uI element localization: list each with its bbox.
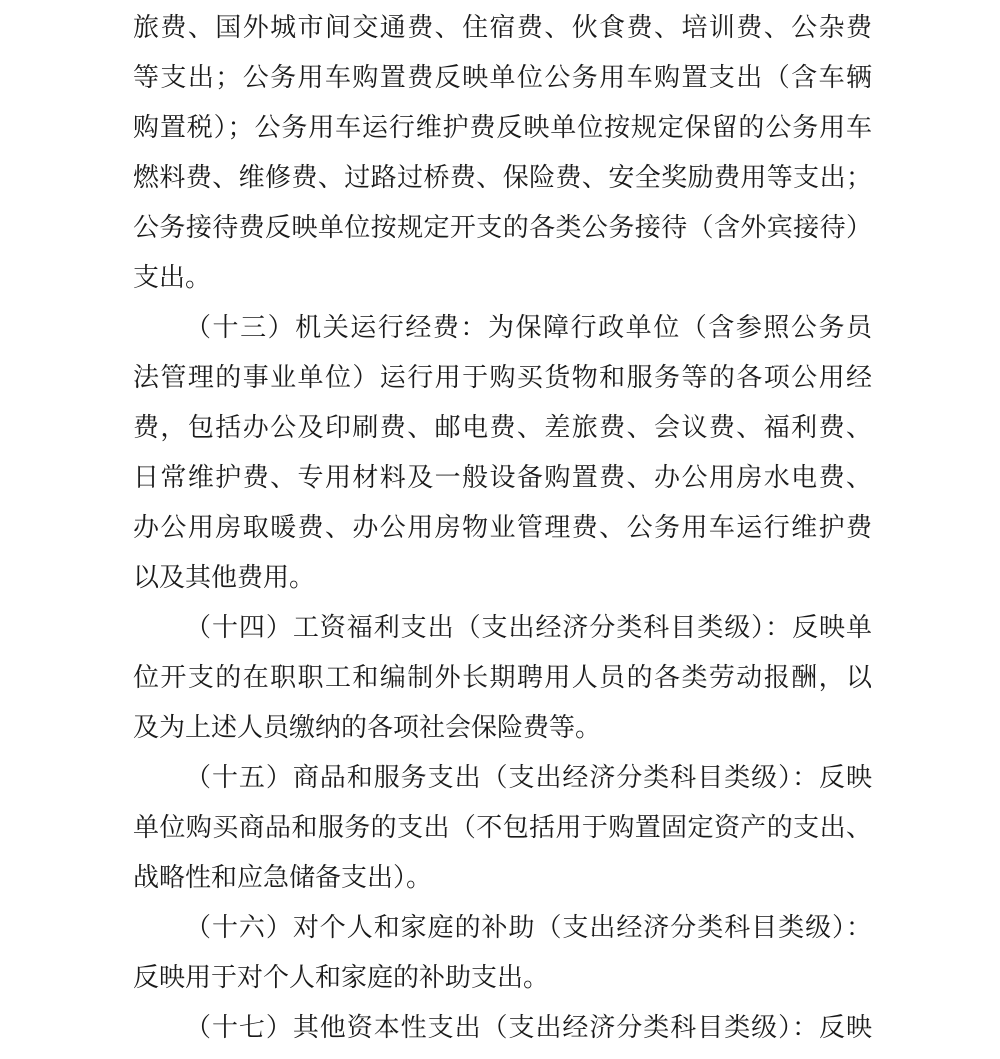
text-line: 公务接待费反映单位按规定开支的各类公务接待（含外宾接待） (133, 203, 872, 253)
text-line: 购置税）；公务用车运行维护费反映单位按规定保留的公务用车 (133, 103, 872, 153)
text-line: 以及其他费用。 (133, 553, 872, 603)
text-line: 反映用于对个人和家庭的补助支出。 (133, 953, 872, 1003)
text-line: 及为上述人员缴纳的各项社会保险费等。 (133, 703, 872, 753)
document-page: 旅费、国外城市间交通费、住宿费、伙食费、培训费、公杂费等支出；公务用车购置费反映… (0, 0, 1000, 1059)
text-line: 旅费、国外城市间交通费、住宿费、伙食费、培训费、公杂费 (133, 3, 872, 53)
text-line: 战略性和应急储备支出）。 (133, 853, 872, 903)
document-body: 旅费、国外城市间交通费、住宿费、伙食费、培训费、公杂费等支出；公务用车购置费反映… (133, 3, 872, 1053)
text-line: （十六）对个人和家庭的补助（支出经济分类科目类级）： (133, 903, 872, 953)
text-line: 日常维护费、专用材料及一般设备购置费、办公用房水电费、 (133, 453, 872, 503)
text-line: 支出。 (133, 253, 872, 303)
text-line: 等支出；公务用车购置费反映单位公务用车购置支出（含车辆 (133, 53, 872, 103)
text-line: 位开支的在职职工和编制外长期聘用人员的各类劳动报酬，以 (133, 653, 872, 703)
text-line: （十三）机关运行经费：为保障行政单位（含参照公务员 (133, 303, 872, 353)
text-line: 燃料费、维修费、过路过桥费、保险费、安全奖励费用等支出； (133, 153, 872, 203)
text-line: （十七）其他资本性支出（支出经济分类科目类级）：反映 (133, 1003, 872, 1053)
text-line: 费，包括办公及印刷费、邮电费、差旅费、会议费、福利费、 (133, 403, 872, 453)
text-line: 法管理的事业单位）运行用于购买货物和服务等的各项公用经 (133, 353, 872, 403)
text-line: 办公用房取暖费、办公用房物业管理费、公务用车运行维护费 (133, 503, 872, 553)
text-line: （十五）商品和服务支出（支出经济分类科目类级）：反映 (133, 753, 872, 803)
text-line: 单位购买商品和服务的支出（不包括用于购置固定资产的支出、 (133, 803, 872, 853)
text-line: （十四）工资福利支出（支出经济分类科目类级）：反映单 (133, 603, 872, 653)
